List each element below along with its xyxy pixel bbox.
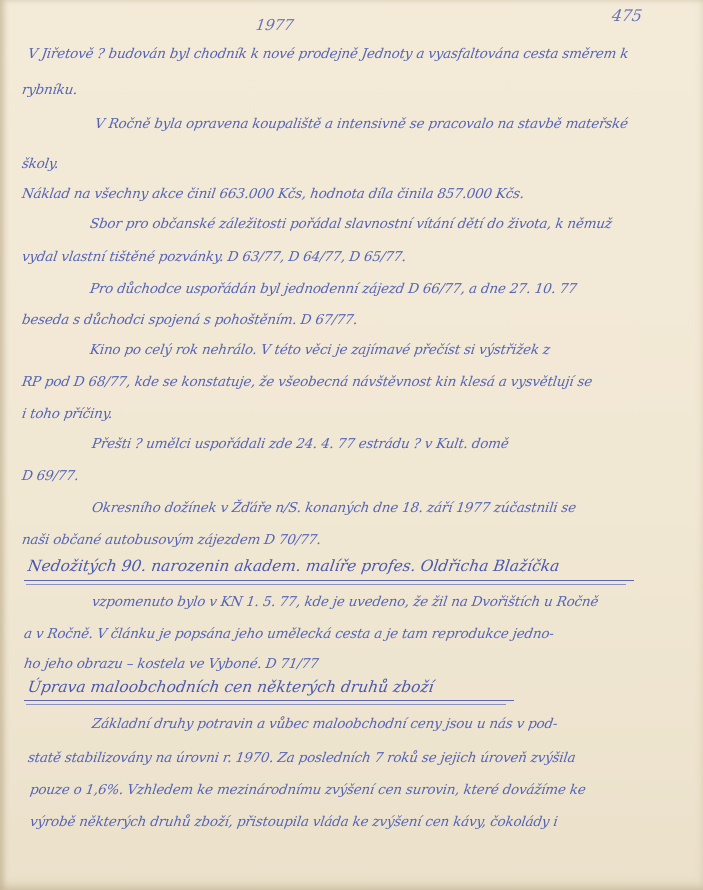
text-line: Sbor pro občanské záležitosti pořádal sl… [89, 216, 613, 232]
text-line: RP pod D 68/77, kde se konstatuje, že vš… [21, 374, 593, 390]
text-line: vzpomenuto bylo v KN 1. 5. 77, kde je uv… [91, 594, 599, 610]
text-line: výrobě některých druhů zboží, přistoupil… [29, 814, 559, 830]
text-line: Přešti ? umělci uspořádali zde 24. 4. 77… [91, 436, 510, 452]
handwritten-chronicle-page: 1977 475 V Jiřetově ? budován byl chodní… [0, 0, 703, 890]
text-line: Pro důchodce uspořádán byl jednodenní zá… [89, 281, 578, 297]
text-line: statě stabilizovány na úrovni r. 1970. Z… [27, 750, 577, 766]
text-line: D 69/77. [21, 468, 80, 484]
text-line: Kino po celý rok nehrálo. V této věci je… [89, 342, 551, 358]
heading-underline [26, 704, 506, 705]
text-line: ho jeho obrazu – kostela ve Vyboné. D 71… [23, 656, 320, 672]
year-header: 1977 [255, 16, 295, 34]
section-heading: Nedožitých 90. narozenin akadem. malíře … [27, 557, 561, 575]
page-number: 475 [611, 6, 644, 25]
text-line: a v Ročně. V článku je popsána jeho uměl… [23, 626, 555, 642]
text-line: V Jiřetově ? budován byl chodník k nové … [27, 46, 630, 62]
text-line: pouze o 1,6%. Vzhledem ke mezinárodnímu … [29, 782, 587, 798]
text-line: i toho příčiny. [21, 406, 114, 422]
section-heading: Úprava maloobchodních cen některých druh… [27, 678, 435, 696]
heading-underline [24, 700, 514, 701]
text-line: naši občané autobusovým zájezdem D 70/77… [21, 532, 322, 548]
text-line: rybníku. [21, 82, 79, 98]
text-line: školy. [21, 156, 60, 172]
heading-underline [26, 584, 626, 585]
text-line: beseda s důchodci spojená s pohoštěním. … [21, 312, 359, 328]
text-line: Základní druhy potravin a vůbec maloobch… [91, 716, 559, 732]
text-line: Okresního dožínek v Žďáře n/S. konaných … [91, 500, 577, 516]
heading-underline [24, 580, 634, 581]
text-line: Náklad na všechny akce činil 663.000 Kčs… [21, 186, 525, 202]
text-line: vydal vlastní tištěné pozvánky. D 63/77,… [21, 249, 407, 265]
text-line: V Ročně byla opravena koupaliště a inten… [94, 116, 629, 132]
